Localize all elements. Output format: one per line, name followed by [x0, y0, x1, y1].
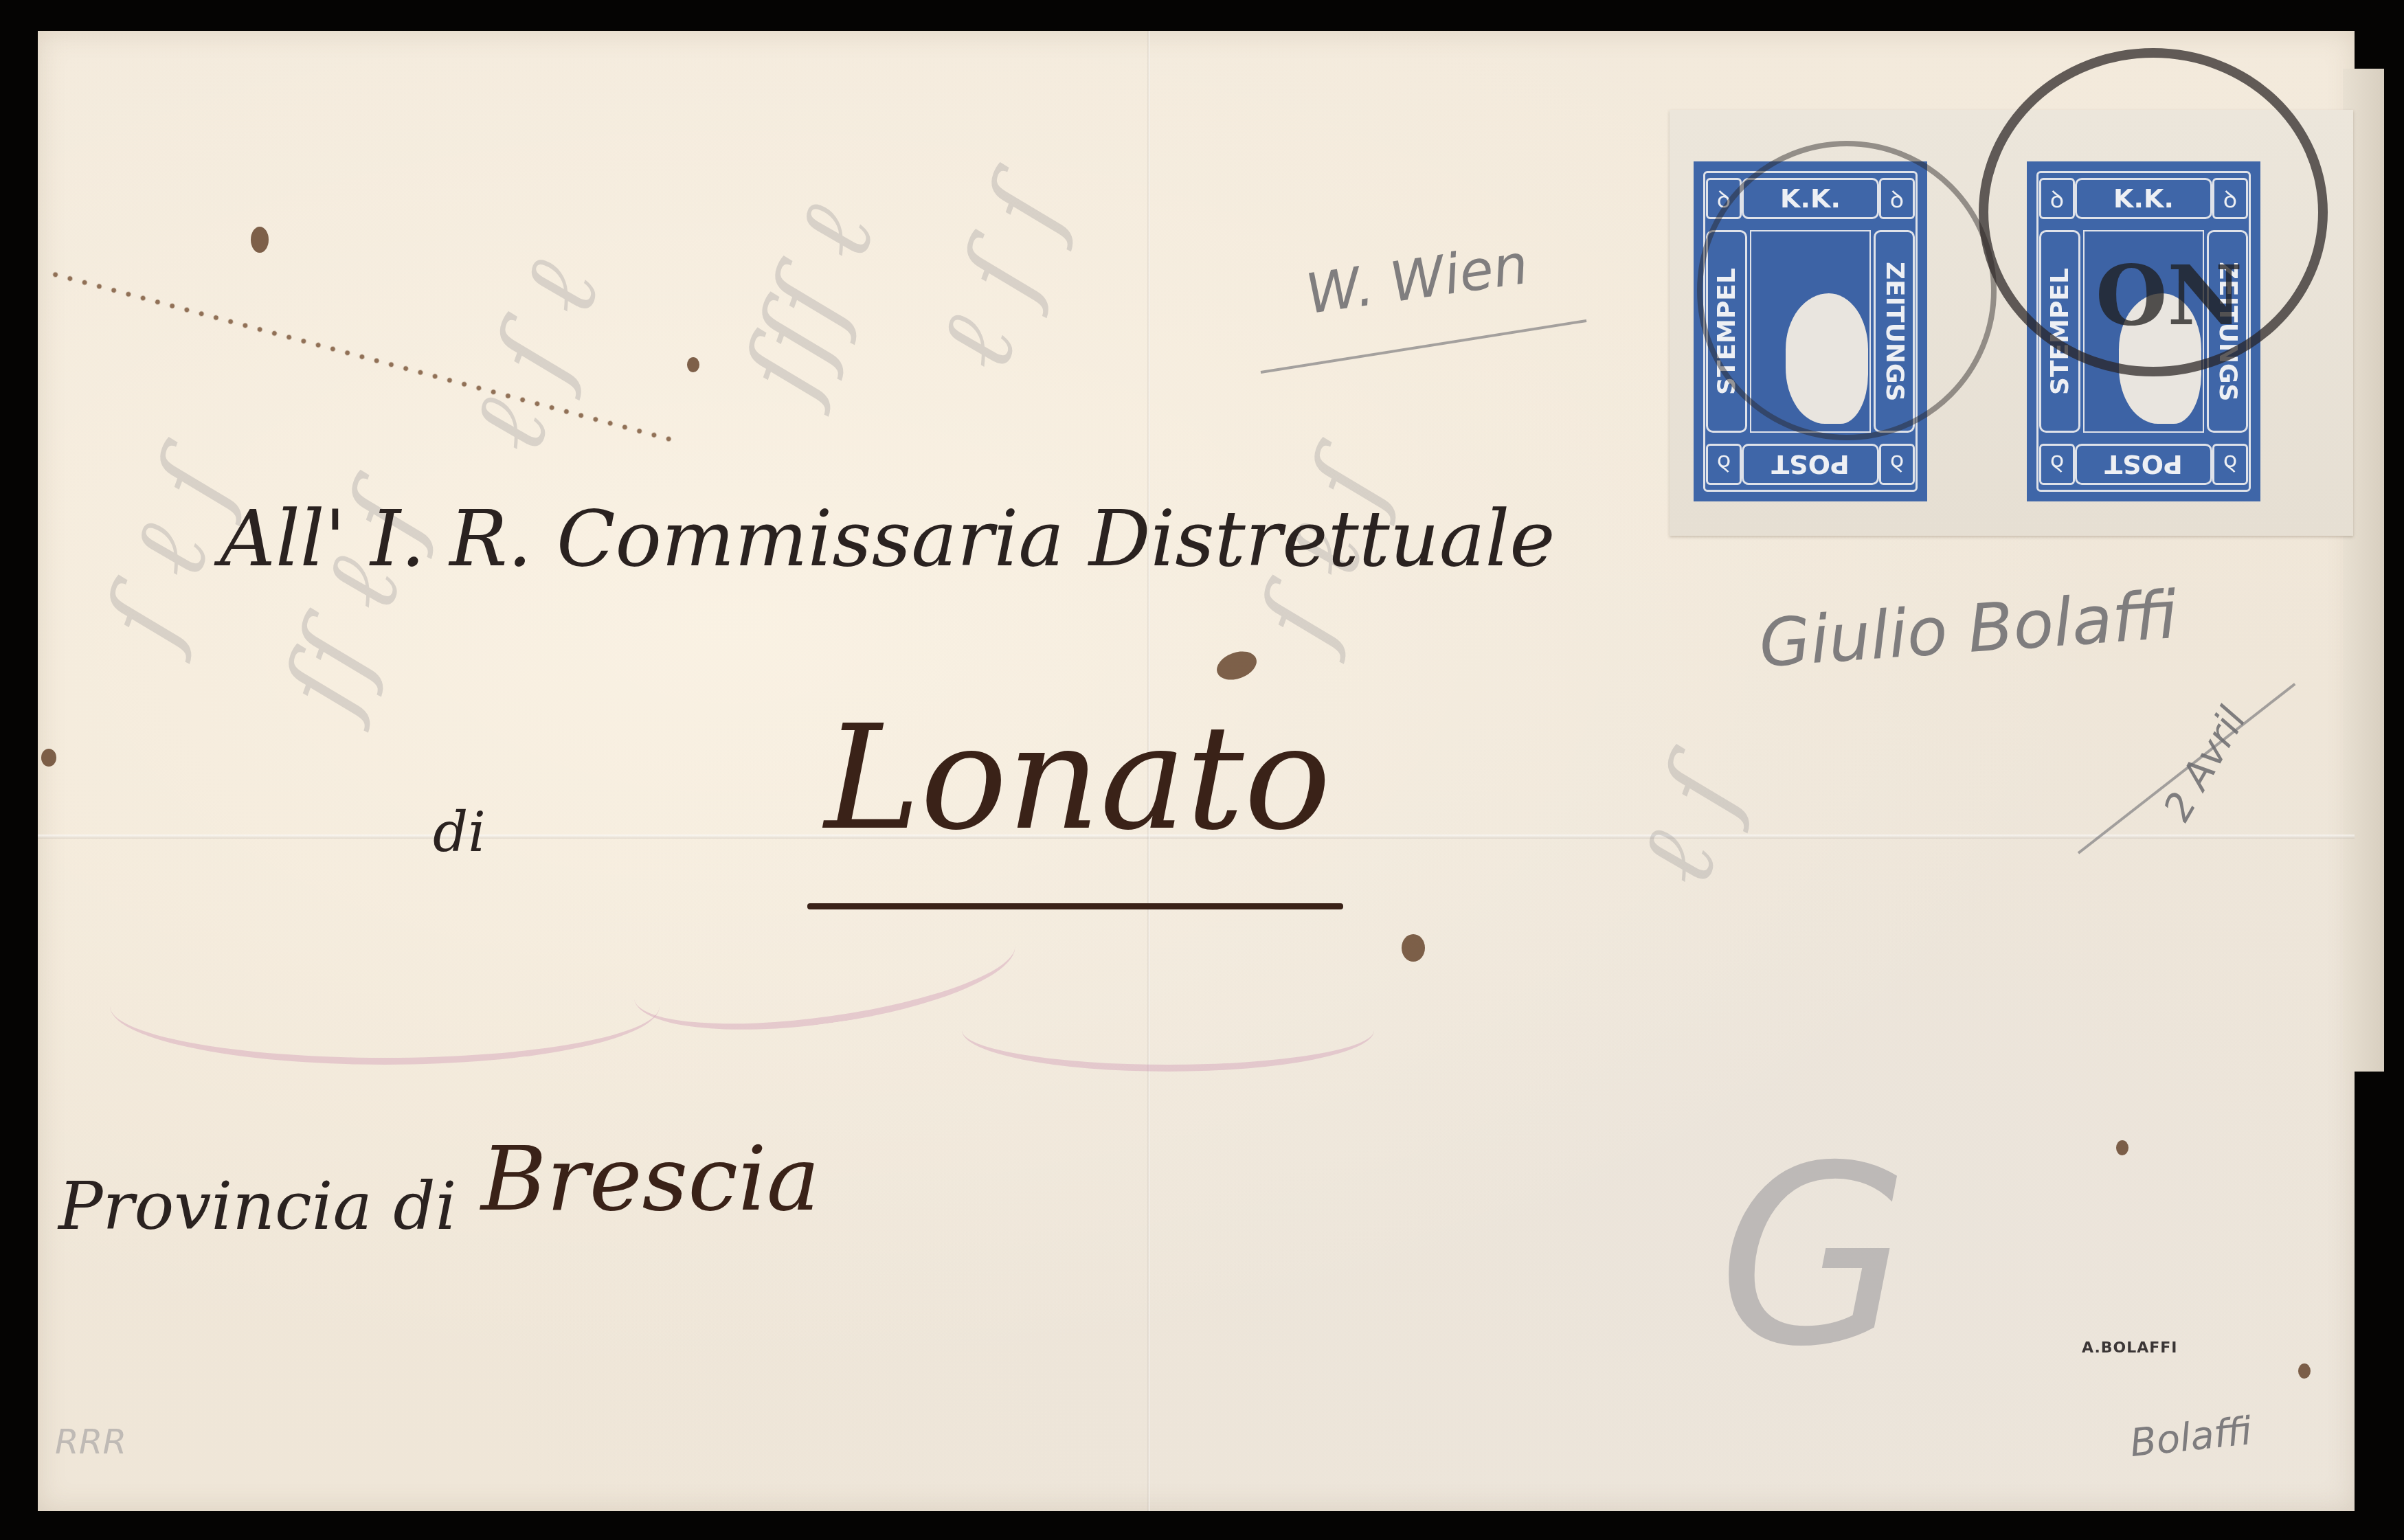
ink-spot [2116, 1140, 2128, 1155]
ink-spot [251, 227, 269, 253]
postmark-circle-left [1697, 141, 1997, 440]
posthorn-icon: ꝺ [2039, 444, 2075, 485]
address-line-1: All' I. R. Commissaria Distrettuale [220, 495, 1555, 584]
pencil-rarity-mark: RRR [55, 1422, 126, 1462]
address-prefix-di: di [433, 800, 486, 864]
ink-spot [1402, 934, 1425, 962]
ink-spot [687, 357, 699, 372]
posthorn-icon: ꝺ [2212, 444, 2248, 485]
stamp-bottom-label: POST [2075, 444, 2212, 485]
posthorn-icon: ꝺ [1706, 444, 1742, 485]
ink-spot [2298, 1363, 2311, 1379]
pencil-monogram: G [1718, 1113, 1909, 1401]
expert-handstamp: A.BOLAFFI [2082, 1339, 2178, 1357]
postmark-text: ON [2096, 247, 2243, 344]
ink-spot [41, 749, 56, 767]
address-province-prefix: Provincia di [58, 1168, 456, 1245]
posthorn-icon: ꝺ [1879, 444, 1915, 485]
stamp-bottom-label: POST [1742, 444, 1879, 485]
pink-crayon-mark [962, 989, 1374, 1072]
pink-crayon-mark [110, 948, 660, 1065]
address-province: Brescia [481, 1126, 820, 1231]
city-underline [807, 903, 1343, 909]
address-city: Lonato [824, 694, 1331, 862]
